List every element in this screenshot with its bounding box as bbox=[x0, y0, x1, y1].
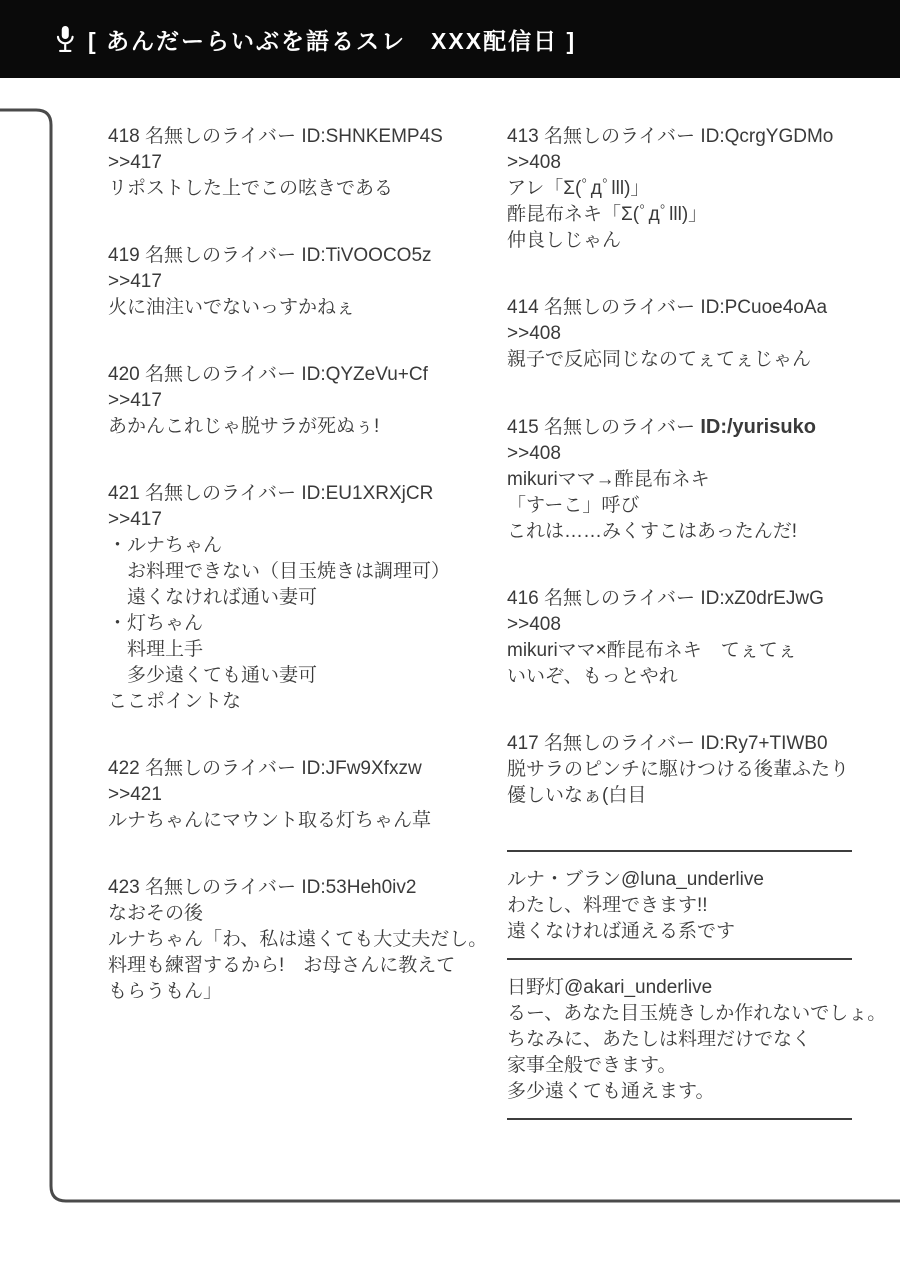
post-header: 418 名無しのライバー ID:SHNKEMP4S bbox=[108, 124, 508, 150]
post-text-line: 「すーこ」呼び bbox=[507, 493, 887, 519]
post-author: 名無しのライバー bbox=[544, 417, 700, 438]
post-author: 名無しのライバー bbox=[145, 126, 301, 147]
post-text-line: ・灯ちゃん bbox=[108, 611, 508, 637]
post-text-line: >>408 bbox=[507, 612, 887, 638]
post: 417 名無しのライバー ID:Ry7+TIWB0脱サラのピンチに駆けつける後輩… bbox=[507, 731, 887, 809]
post-text-line: ・ルナちゃん bbox=[108, 533, 508, 559]
post-number: 414 bbox=[507, 297, 544, 318]
post: 414 名無しのライバー ID:PCuoe4oAa>>408親子で反応同じなのて… bbox=[507, 295, 887, 373]
tweet-text-line: ちなみに、あたしは料理だけでなく bbox=[507, 1027, 887, 1053]
post-text-line: >>421 bbox=[108, 782, 508, 808]
post-author: 名無しのライバー bbox=[544, 126, 700, 147]
post-author: 名無しのライバー bbox=[145, 483, 301, 504]
post-number: 415 bbox=[507, 417, 544, 438]
post-id: ID:TiVOOCO5z bbox=[301, 245, 431, 266]
post-text-line: >>417 bbox=[108, 388, 508, 414]
post: 413 名無しのライバー ID:QcrgYGDMo>>408アレ「Σ(ﾟдﾟll… bbox=[507, 124, 887, 254]
post-id: ID:53Heh0iv2 bbox=[301, 877, 416, 898]
tweet-quote: 日野灯@akari_underliveるー、あなた目玉焼きしか作れないでしょ。ち… bbox=[507, 975, 887, 1105]
post-author: 名無しのライバー bbox=[544, 733, 700, 754]
post-text-line: もらうもん」 bbox=[108, 979, 508, 1005]
right-column: 413 名無しのライバー ID:QcrgYGDMo>>408アレ「Σ(ﾟдﾟll… bbox=[507, 124, 887, 1135]
post-header: 413 名無しのライバー ID:QcrgYGDMo bbox=[507, 124, 887, 150]
post-text-line: ここポイントな bbox=[108, 689, 508, 715]
thread-header: [ あんだーらいぶを語るスレ XXX配信日 ] bbox=[0, 0, 900, 78]
post-text-line: いいぞ、もっとやれ bbox=[507, 664, 887, 690]
post-id: ID:PCuoe4oAa bbox=[700, 297, 827, 318]
post: 423 名無しのライバー ID:53Heh0iv2なおその後ルナちゃん「わ、私は… bbox=[108, 875, 508, 1005]
post: 419 名無しのライバー ID:TiVOOCO5z>>417火に油注いでないっす… bbox=[108, 243, 508, 321]
post-header: 421 名無しのライバー ID:EU1XRXjCR bbox=[108, 481, 508, 507]
tweet-author: 日野灯@akari_underlive bbox=[507, 975, 887, 1001]
post-text-line: 遠くなければ通い妻可 bbox=[108, 585, 508, 611]
post-author: 名無しのライバー bbox=[145, 758, 301, 779]
post-id: ID:SHNKEMP4S bbox=[301, 126, 442, 147]
post-header: 420 名無しのライバー ID:QYZeVu+Cf bbox=[108, 362, 508, 388]
post-text-line: mikuriママ×酢昆布ネキ てぇてぇ bbox=[507, 638, 887, 664]
post-number: 419 bbox=[108, 245, 145, 266]
post-text-line: 酢昆布ネキ「Σ(ﾟдﾟlll)」 bbox=[507, 202, 887, 228]
tweet-text-line: 家事全般できます。 bbox=[507, 1053, 887, 1079]
post-text-line: リポストした上でこの呟きである bbox=[108, 176, 508, 202]
post-number: 413 bbox=[507, 126, 544, 147]
post-id: ID:/yurisuko bbox=[700, 416, 816, 438]
tweet-text-line: 遠くなければ通える系です bbox=[507, 919, 887, 945]
post-id: ID:QYZeVu+Cf bbox=[301, 364, 428, 385]
post-header: 416 名無しのライバー ID:xZ0drEJwG bbox=[507, 586, 887, 612]
post-text-line: >>417 bbox=[108, 507, 508, 533]
left-column: 418 名無しのライバー ID:SHNKEMP4S>>417リポストした上でこの… bbox=[108, 124, 508, 1046]
post-text-line: >>408 bbox=[507, 321, 887, 347]
post-author: 名無しのライバー bbox=[145, 245, 301, 266]
post-header: 415 名無しのライバー ID:/yurisuko bbox=[507, 414, 887, 441]
post-text-line: これは……みくすこはあったんだ! bbox=[507, 519, 887, 545]
post-number: 417 bbox=[507, 733, 544, 754]
tweet-text-line: るー、あなた目玉焼きしか作れないでしょ。 bbox=[507, 1001, 887, 1027]
post-id: ID:EU1XRXjCR bbox=[301, 483, 433, 504]
post-header: 417 名無しのライバー ID:Ry7+TIWB0 bbox=[507, 731, 887, 757]
post-text-line: >>417 bbox=[108, 150, 508, 176]
post-id: ID:JFw9Xfxzw bbox=[301, 758, 421, 779]
post-text-line: >>417 bbox=[108, 269, 508, 295]
post-text-line: >>408 bbox=[507, 150, 887, 176]
post-text-line: 料理上手 bbox=[108, 637, 508, 663]
post-number: 423 bbox=[108, 877, 145, 898]
post-text-line: お料理できない（目玉焼きは調理可） bbox=[108, 559, 508, 585]
post-text-line: 多少遠くても通い妻可 bbox=[108, 663, 508, 689]
post-text-line: ルナちゃんにマウント取る灯ちゃん草 bbox=[108, 808, 508, 834]
post-text-line: >>408 bbox=[507, 441, 887, 467]
post: 415 名無しのライバー ID:/yurisuko>>408mikuriママ→酢… bbox=[507, 414, 887, 545]
post-number: 421 bbox=[108, 483, 145, 504]
post-author: 名無しのライバー bbox=[145, 877, 301, 898]
microphone-icon bbox=[52, 24, 78, 54]
post-number: 422 bbox=[108, 758, 145, 779]
post-number: 420 bbox=[108, 364, 145, 385]
post-text-line: 親子で反応同じなのてぇてぇじゃん bbox=[507, 347, 887, 373]
post-id: ID:Ry7+TIWB0 bbox=[700, 733, 827, 754]
post-header: 423 名無しのライバー ID:53Heh0iv2 bbox=[108, 875, 508, 901]
tweet-text-line: 多少遠くても通えます。 bbox=[507, 1079, 887, 1105]
thread-title: [ あんだーらいぶを語るスレ XXX配信日 ] bbox=[88, 23, 576, 56]
post: 420 名無しのライバー ID:QYZeVu+Cf>>417あかんこれじゃ脱サラ… bbox=[108, 362, 508, 440]
post-id: ID:QcrgYGDMo bbox=[700, 126, 833, 147]
post: 421 名無しのライバー ID:EU1XRXjCR>>417・ルナちゃん お料理… bbox=[108, 481, 508, 715]
post-author: 名無しのライバー bbox=[544, 588, 700, 609]
post-text-line: 優しいなぁ(白目 bbox=[507, 783, 887, 809]
divider-line bbox=[507, 1118, 852, 1120]
tweet-text-line: わたし、料理できます!! bbox=[507, 893, 887, 919]
post: 422 名無しのライバー ID:JFw9Xfxzw>>421ルナちゃんにマウント… bbox=[108, 756, 508, 834]
post-text-line: 仲良しじゃん bbox=[507, 228, 887, 254]
tweet-quote: ルナ・ブラン@luna_underliveわたし、料理できます!!遠くなければ通… bbox=[507, 867, 887, 945]
post-text-line: mikuriママ→酢昆布ネキ bbox=[507, 467, 887, 493]
post-text-line: なおその後 bbox=[108, 901, 508, 927]
post-author: 名無しのライバー bbox=[145, 364, 301, 385]
post-text-line: ルナちゃん「わ、私は遠くても大丈夫だし。 bbox=[108, 927, 508, 953]
post-header: 419 名無しのライバー ID:TiVOOCO5z bbox=[108, 243, 508, 269]
post-author: 名無しのライバー bbox=[544, 297, 700, 318]
post: 418 名無しのライバー ID:SHNKEMP4S>>417リポストした上でこの… bbox=[108, 124, 508, 202]
post-text-line: あかんこれじゃ脱サラが死ぬぅ! bbox=[108, 414, 508, 440]
post-text-line: 料理も練習するから! お母さんに教えて bbox=[108, 953, 508, 979]
post-text-line: アレ「Σ(ﾟдﾟlll)」 bbox=[507, 176, 887, 202]
post-text-line: 脱サラのピンチに駆けつける後輩ふたり bbox=[507, 757, 887, 783]
divider-line bbox=[507, 958, 852, 960]
post-number: 416 bbox=[507, 588, 544, 609]
post-number: 418 bbox=[108, 126, 145, 147]
post-header: 414 名無しのライバー ID:PCuoe4oAa bbox=[507, 295, 887, 321]
post: 416 名無しのライバー ID:xZ0drEJwG>>408mikuriママ×酢… bbox=[507, 586, 887, 690]
tweet-author: ルナ・ブラン@luna_underlive bbox=[507, 867, 887, 893]
divider-line bbox=[507, 850, 852, 852]
post-id: ID:xZ0drEJwG bbox=[700, 588, 824, 609]
post-text-line: 火に油注いでないっすかねぇ bbox=[108, 295, 508, 321]
post-header: 422 名無しのライバー ID:JFw9Xfxzw bbox=[108, 756, 508, 782]
